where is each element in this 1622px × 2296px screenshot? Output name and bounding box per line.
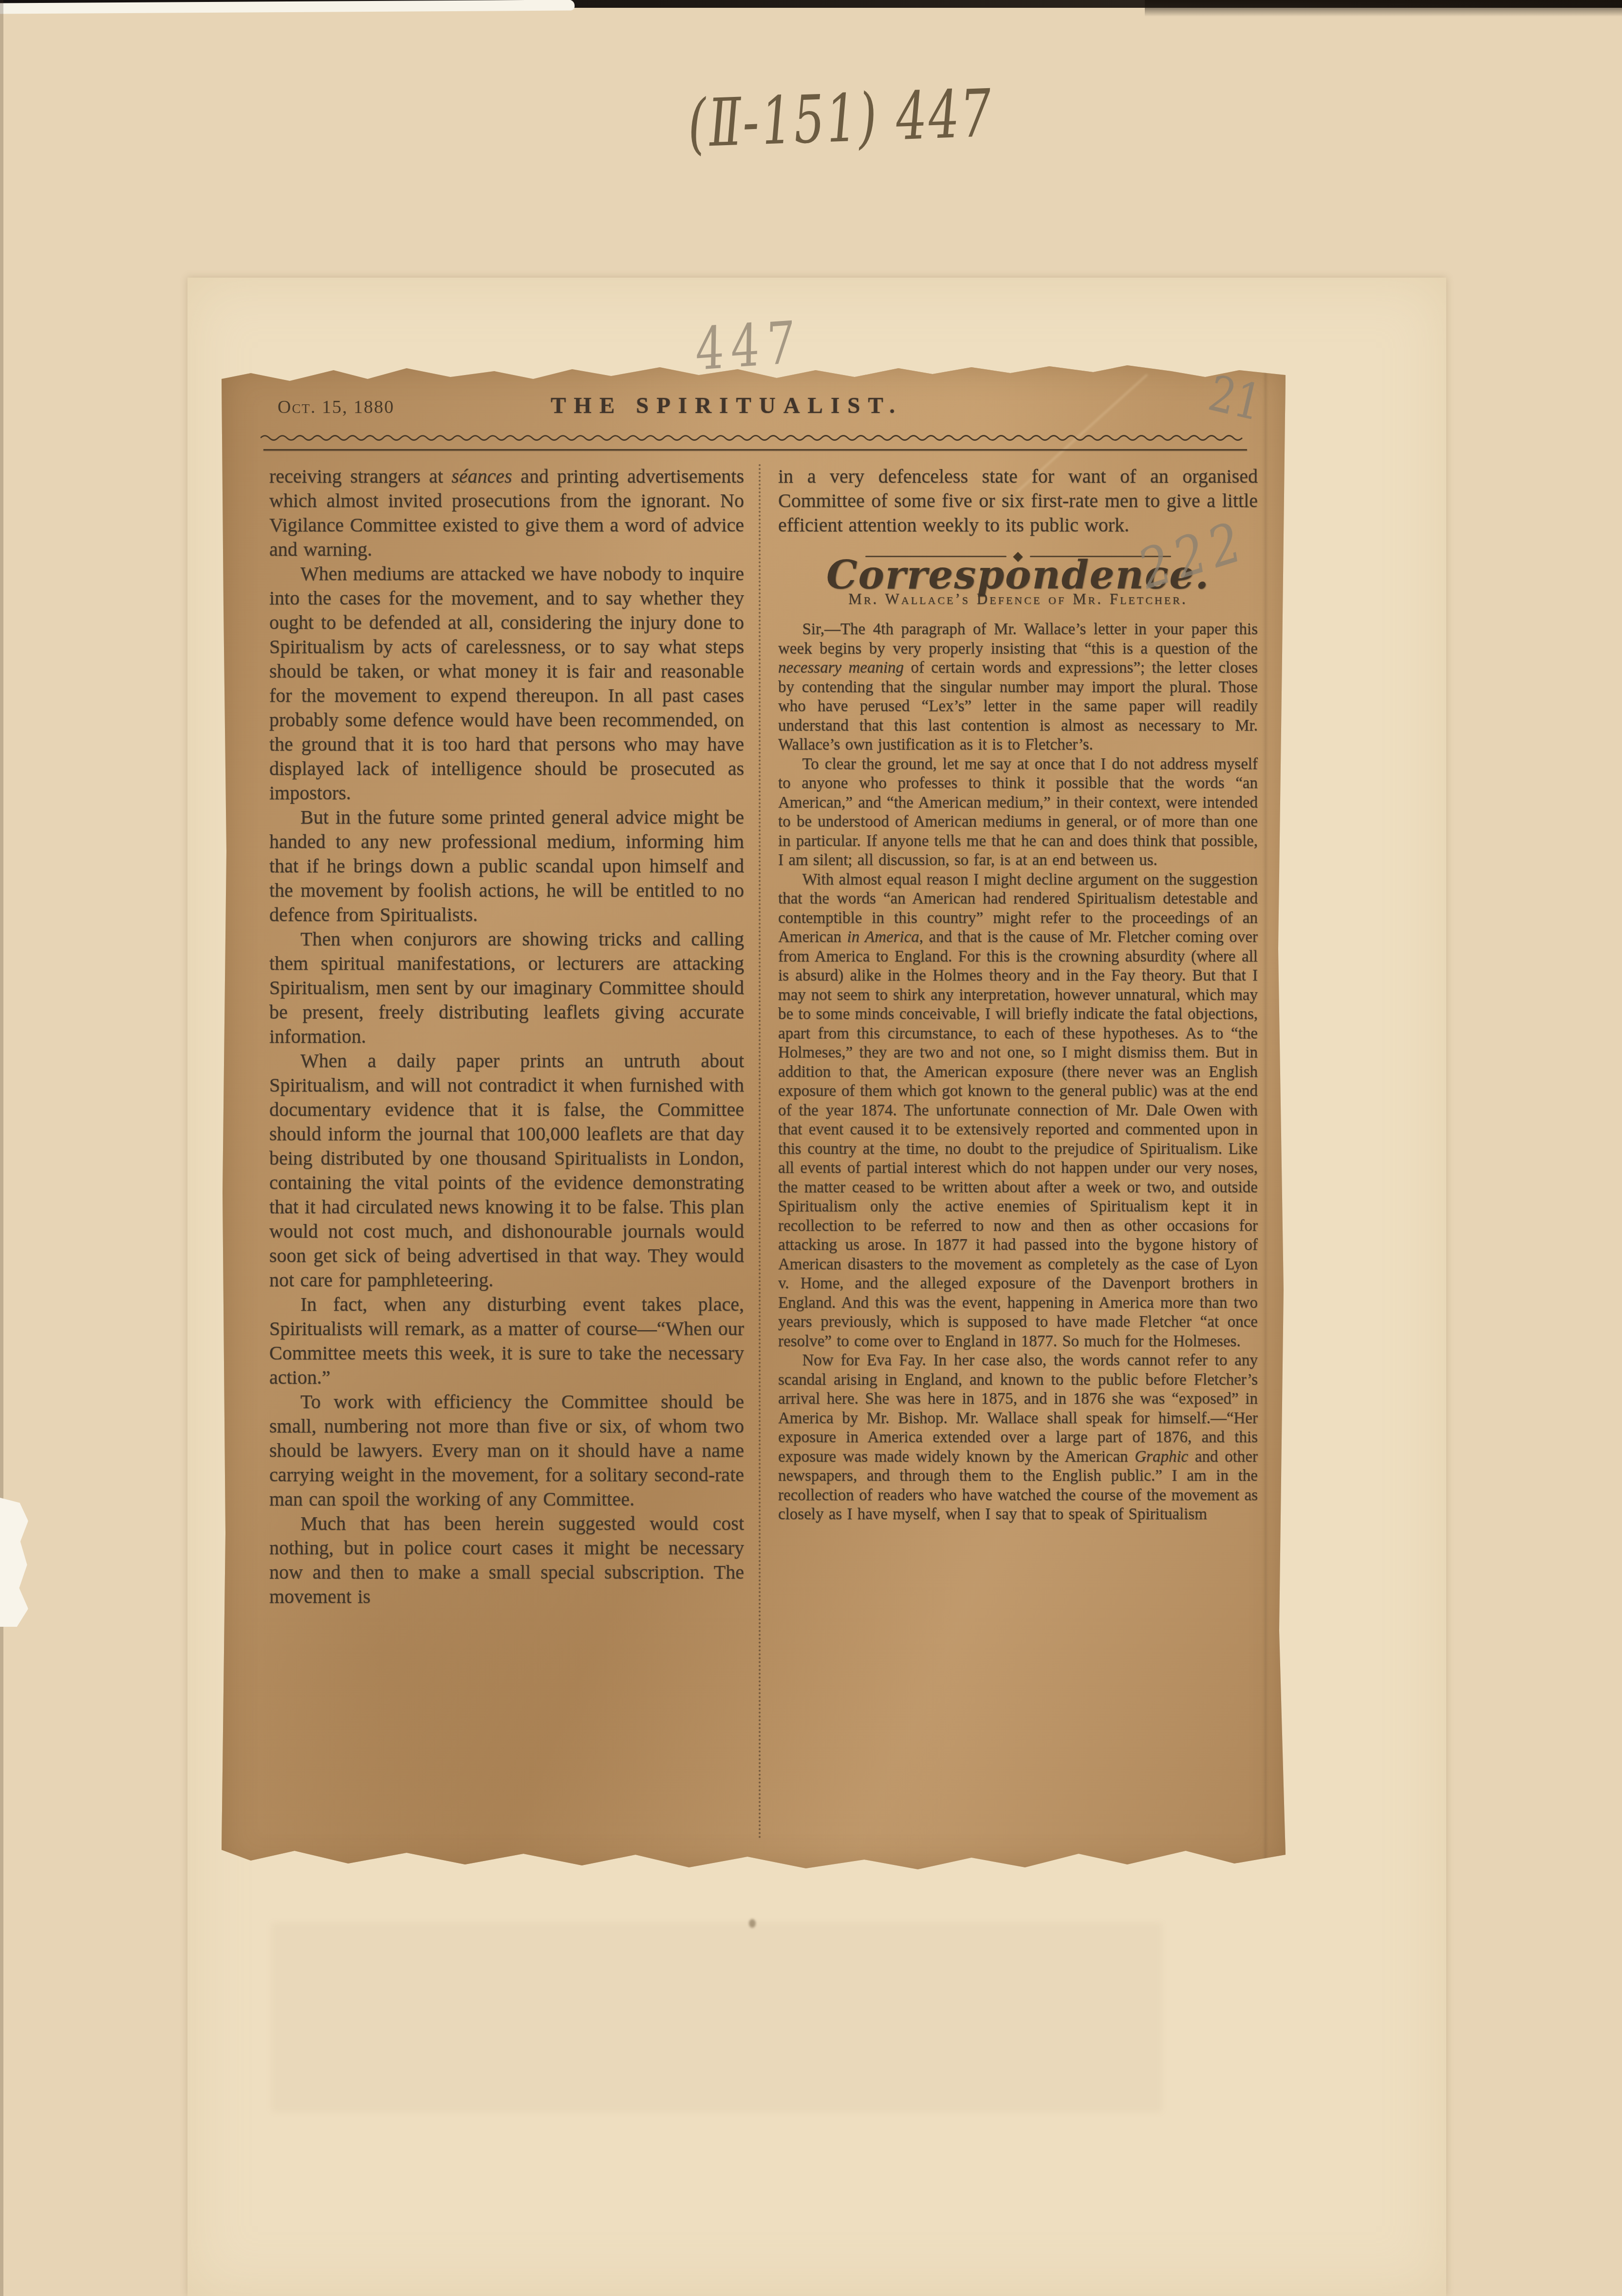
newsprint-paragraph: Then when conjurors are showing tricks a… bbox=[269, 927, 744, 1049]
right-column: in a very defenceless state for want of … bbox=[778, 464, 1258, 1524]
scanned-album-page: (Ⅱ-151) 447 447 21 222 Oct. 15, 1880 THE… bbox=[0, 0, 1622, 2296]
newsprint-paragraph: Now for Eva Fay. In her case also, the w… bbox=[778, 1351, 1258, 1524]
newsprint-paragraph: When mediums are attacked we have nobody… bbox=[269, 562, 744, 805]
newspaper-clipping: Oct. 15, 1880 THE SPIRITUALIST. receivin… bbox=[222, 364, 1286, 1870]
left-column: receiving strangers at séances and print… bbox=[269, 464, 744, 1609]
faint-impression-stain bbox=[273, 1924, 1161, 2111]
newsprint-paragraph: To work with efficiency the Committee sh… bbox=[269, 1390, 744, 1511]
newsprint-paragraph: receiving strangers at séances and print… bbox=[269, 464, 744, 562]
text-columns: receiving strangers at séances and print… bbox=[269, 464, 1256, 1857]
newsprint-paragraph: Much that has been herein suggested woul… bbox=[269, 1511, 744, 1609]
wavy-rule bbox=[261, 432, 1249, 443]
ink-speck bbox=[749, 1919, 756, 1928]
ink-annotation: (Ⅱ-151) 447 bbox=[685, 75, 996, 162]
newsprint-paragraph: Sir,—The 4th paragraph of Mr. Wallace’s … bbox=[778, 620, 1258, 755]
column-divider-rule bbox=[759, 464, 761, 1840]
newsprint-paragraph: To clear the ground, let me say at once … bbox=[778, 755, 1258, 870]
straight-rule bbox=[263, 449, 1247, 451]
newsprint-paragraph: But in the future some printed general a… bbox=[269, 805, 744, 927]
newsprint-paragraph: With almost equal reason I might decline… bbox=[778, 870, 1258, 1352]
newsprint-paragraph: When a daily paper prints an untruth abo… bbox=[269, 1049, 744, 1292]
torn-white-edge bbox=[0, 1498, 28, 1627]
left-scan-edge bbox=[0, 0, 3, 2296]
scanner-edge-shadow bbox=[1145, 0, 1622, 17]
newsprint-paragraph: In fact, when any disturbing event takes… bbox=[269, 1292, 744, 1390]
letter-body: Sir,—The 4th paragraph of Mr. Wallace’s … bbox=[778, 620, 1258, 1524]
masthead-title: THE SPIRITUALIST. bbox=[195, 393, 1259, 419]
